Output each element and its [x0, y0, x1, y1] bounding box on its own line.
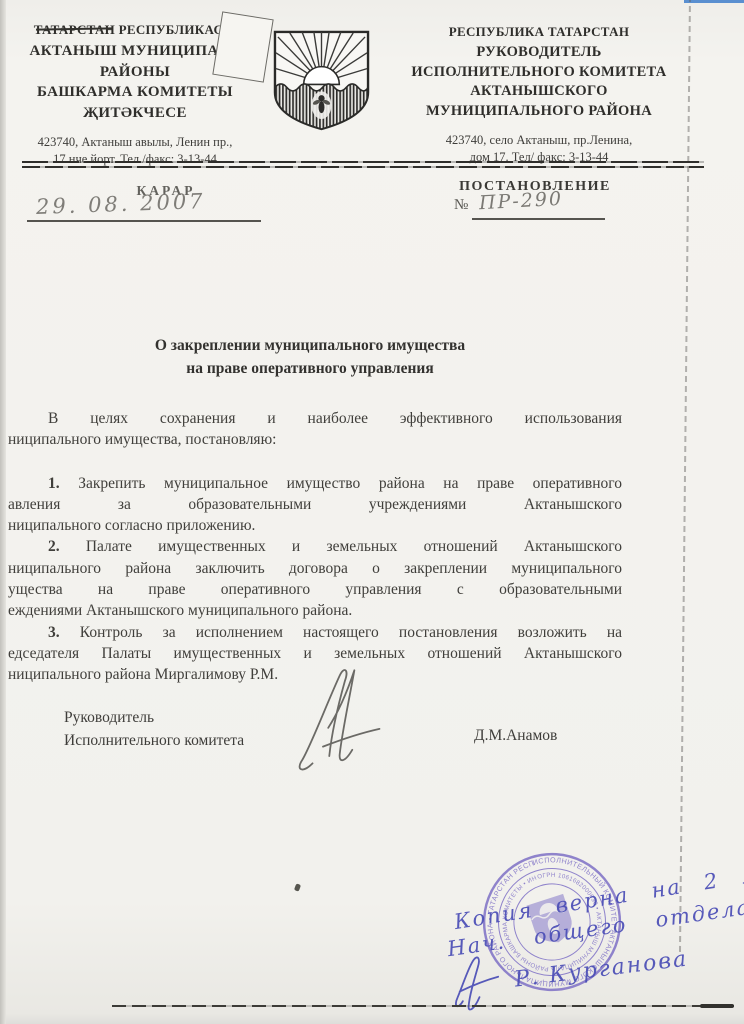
- certify-signature-icon: [448, 952, 508, 1012]
- signer-name: Д.М.Анамов: [474, 727, 557, 745]
- paper-patch: [212, 11, 273, 82]
- body-line: 2. Палате имущественных и земельных отно…: [8, 536, 622, 557]
- page-fold-line: [679, 0, 691, 952]
- document-title-line: О закреплении муниципального имущества: [90, 334, 530, 357]
- body-paragraph: В целях сохранения и наиболее эффективно…: [8, 408, 622, 451]
- body-line: ниципального согласно приложению.: [8, 515, 622, 536]
- letterhead-right: РЕСПУБЛИКА ТАТАРСТАН РУКОВОДИТЕЛЬ ИСПОЛН…: [398, 24, 680, 165]
- body-line: ниципального района заключить договора о…: [8, 558, 622, 579]
- letterhead-left-line: БАШКАРМА КОМИТЕТЫ: [24, 82, 246, 103]
- body-line: едседателя Палаты имущественных и земель…: [8, 643, 622, 664]
- body-line: еждениями Актанышского муниципального ра…: [8, 600, 622, 621]
- body-line: авления за образовательными учреждениями…: [8, 494, 622, 515]
- letterhead-right-line: АКТАНЫШСКОГО: [398, 82, 680, 102]
- body-line: 1. Закрепить муниципальное имущество рай…: [8, 473, 622, 494]
- handwritten-number: ПР-290: [478, 188, 563, 214]
- scanned-document-page: ТАТАРСТАН РЕСПУБЛИКАСЫ АКТАНЫШ МУНИЦИПАЛ…: [0, 0, 744, 1024]
- letterhead-left-line: ҖИТӘКЧЕСЕ: [24, 103, 246, 124]
- body-line: 3. Контроль за исполнением настоящего по…: [8, 622, 622, 643]
- body-paragraph: 1. Закрепить муниципальное имущество рай…: [8, 473, 622, 537]
- body-paragraph: 2. Палате имущественных и земельных отно…: [8, 536, 622, 621]
- scan-left-edge: [0, 0, 6, 1024]
- letterhead-left: ТАТАРСТАН РЕСПУБЛИКАСЫ АКТАНЫШ МУНИЦИПАЛ…: [24, 22, 246, 167]
- executive-signature-icon: [292, 663, 400, 778]
- certifier-name: Р. Курганова: [513, 947, 689, 993]
- letterhead-left-line: АКТАНЫШ МУНИЦИПАЛЬ: [24, 41, 246, 62]
- handwritten-date: 29. 08. 2007: [36, 189, 206, 219]
- body-line: ущества на праве оперативного управления…: [8, 579, 622, 600]
- letterhead-right-line: РЕСПУБЛИКА ТАТАРСТАН: [398, 24, 680, 40]
- document-body: В целях сохранения и наиболее эффективно…: [8, 408, 622, 686]
- address-line: 423740, село Актаныш, пр.Ленина,: [398, 132, 680, 149]
- address-line: 423740, Актаныш авылы, Ленин пр.,: [24, 134, 246, 151]
- number-underline: [472, 218, 605, 220]
- letterhead-right-line: МУНИЦИПАЛЬНОГО РАЙОНА: [398, 102, 680, 122]
- scan-top-blue-edge: [684, 0, 744, 3]
- signer-role: Руководитель Исполнительного комитета: [64, 706, 244, 752]
- ink-speck: [294, 883, 301, 891]
- scan-bottom-line: [112, 1005, 734, 1007]
- date-underline: [27, 220, 261, 222]
- letterhead-right-line: ИСПОЛНИТЕЛЬНОГО КОМИТЕТА: [398, 63, 680, 83]
- number-sign: №: [454, 197, 468, 214]
- body-line: ниципального имущества, постановляю:: [8, 429, 622, 450]
- scan-bottom-line-end: [700, 1004, 734, 1008]
- signer-role-line: Руководитель: [64, 706, 244, 729]
- body-line: В целях сохранения и наиболее эффективно…: [8, 408, 622, 429]
- coat-of-arms-icon: [272, 29, 371, 132]
- letterhead-right-line: РУКОВОДИТЕЛЬ: [398, 43, 680, 63]
- letterhead-divider-rule: [22, 161, 704, 168]
- document-title: О закреплении муниципального имущества н…: [90, 334, 530, 380]
- signer-role-line: Исполнительного комитета: [64, 729, 244, 752]
- document-title-line: на праве оперативного управления: [90, 357, 530, 380]
